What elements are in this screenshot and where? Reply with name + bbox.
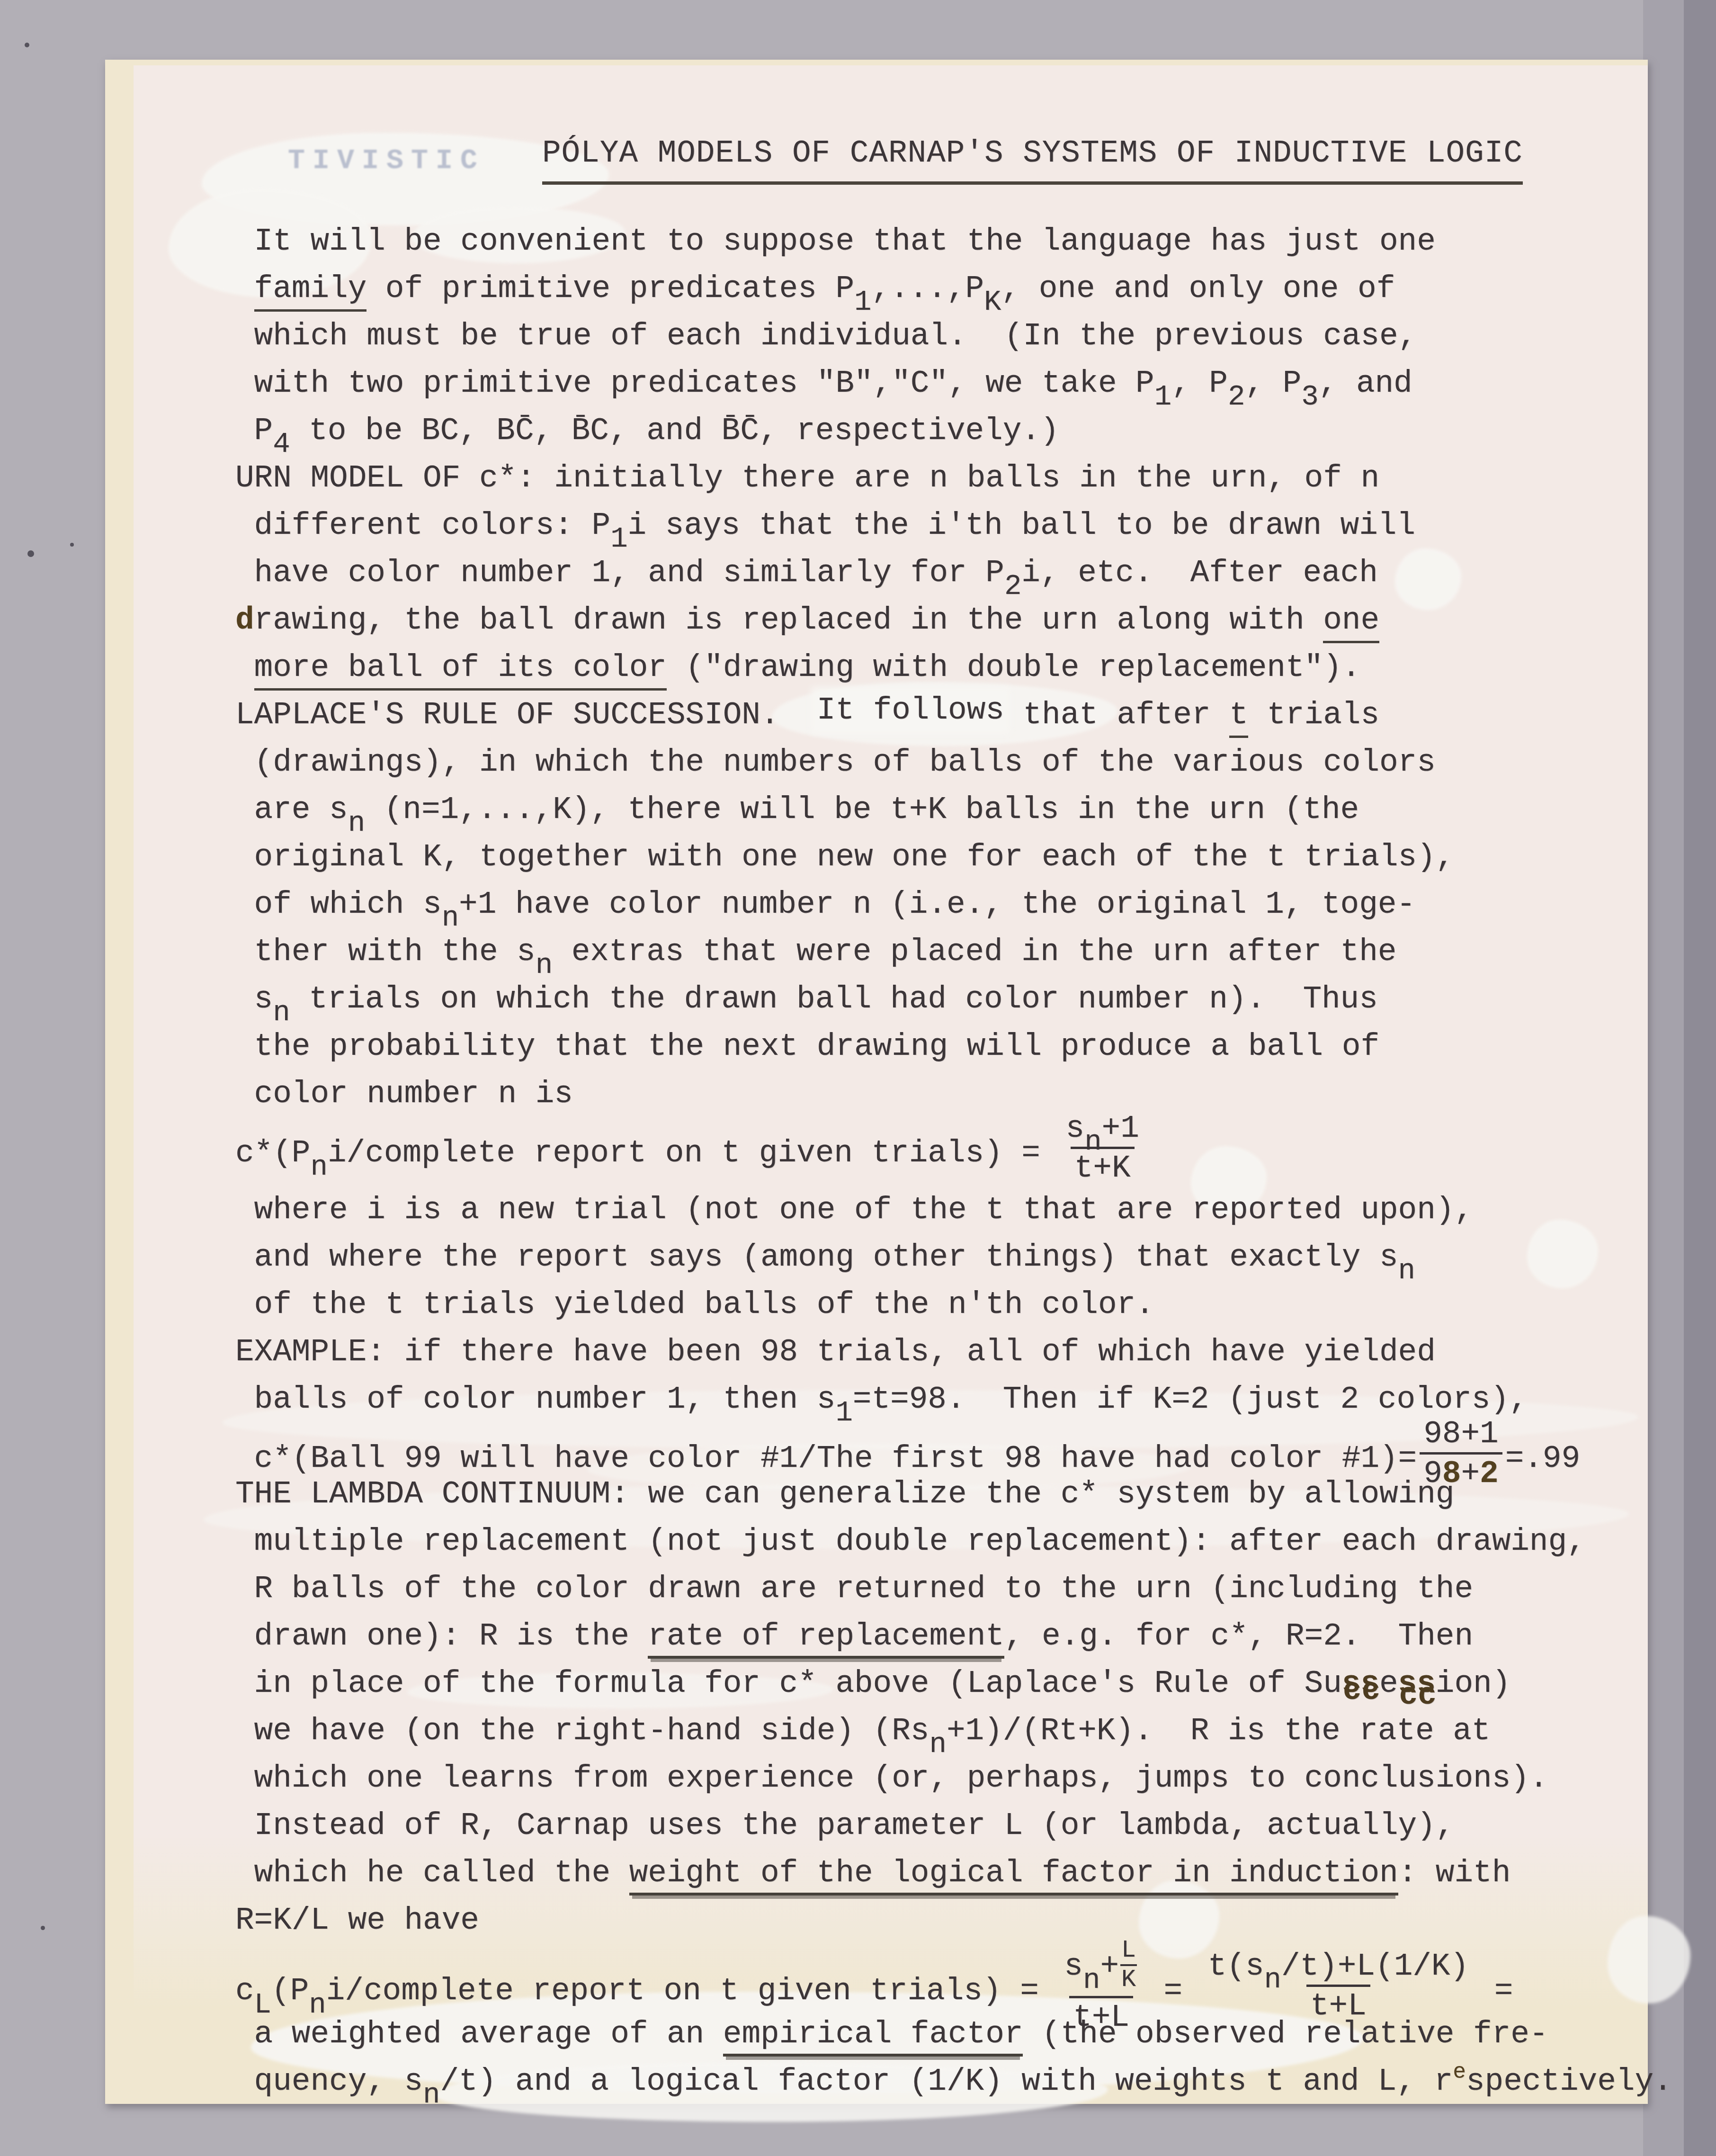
text-line: with two primitive predicates "B","C", w… <box>235 360 1672 407</box>
fraction: sn+1t+K <box>1062 1113 1143 1184</box>
overstrike-correction: sscc <box>1342 1666 1379 1701</box>
text-line: in place of the formula for c* above (La… <box>235 1660 1672 1707</box>
fraction: LK <box>1120 1939 1137 1993</box>
underlined-text: t <box>1229 697 1248 738</box>
overstrike-correction: sscc <box>1398 1666 1436 1701</box>
text-line: URN MODEL OF c*: initially there are n b… <box>235 455 1672 502</box>
text-line: multiple replacement (not just double re… <box>235 1518 1672 1565</box>
scan-speck <box>41 1926 45 1930</box>
text-line: It will be convenient to suppose that th… <box>235 218 1672 265</box>
text-line: more ball of its color ("drawing with do… <box>235 644 1672 692</box>
text-line: the probability that the next drawing wi… <box>235 1023 1672 1070</box>
subscript: n <box>1264 1964 1281 1996</box>
text-line: different colors: P1i says that the i'th… <box>235 502 1672 549</box>
text-line: Instead of R, Carnap uses the parameter … <box>235 1802 1672 1850</box>
fraction-numerator: L <box>1120 1939 1137 1964</box>
fraction-denominator: t+L <box>1069 1996 1133 2033</box>
underlined-text: family <box>254 271 367 312</box>
underlined-text: one <box>1323 602 1379 643</box>
scan-speck <box>27 550 34 557</box>
text-line: drawing, the ball drawn is replaced in t… <box>235 597 1672 644</box>
fraction-denominator: t+K <box>1071 1147 1135 1184</box>
fraction-denominator: K <box>1120 1964 1137 1992</box>
subscript: 2 <box>1228 381 1245 413</box>
page-title: PÓLYA MODELS OF CARNAP'S SYSTEMS OF INDU… <box>542 135 1523 185</box>
text-line: drawn one): R is the rate of replacement… <box>235 1613 1672 1660</box>
text-line: of which sn+1 have color number n (i.e.,… <box>235 881 1672 928</box>
subscript: n <box>310 1151 327 1184</box>
scan-speck <box>70 543 74 547</box>
fraction-numerator: sn+LK <box>1060 1940 1142 1996</box>
text-line: original K, together with one new one fo… <box>235 834 1672 881</box>
handwritten-ink-correction: 2 <box>1480 1456 1499 1491</box>
text-line: P4 to be BC, BC̄, B̄C, and B̄C̄, respect… <box>235 407 1672 455</box>
text-line: R=K/L we have <box>235 1897 1672 1944</box>
retyped-over-whiteout: It follows <box>817 692 1004 728</box>
text-line: we have (on the right-hand side) (Rsn+1)… <box>235 1707 1672 1755</box>
fraction-numerator: t(sn/t)+L(1/K) <box>1204 1951 1473 1985</box>
scan-speck <box>25 43 29 47</box>
text-line: ther with the sn extras that were placed… <box>235 928 1672 976</box>
fraction: sn+LKt+L <box>1060 1940 1142 2033</box>
text-line: and where the report says (among other t… <box>235 1234 1672 1281</box>
handwritten-ink-correction: 8 <box>1442 1456 1461 1491</box>
subscript: n <box>423 2079 440 2111</box>
subscript: n <box>1083 1964 1100 1997</box>
handwritten-ink-correction: d <box>235 602 254 638</box>
text-line: are sn (n=1,...,K), there will be t+K ba… <box>235 786 1672 834</box>
double-underlined-text: weight of the logical factor in inductio… <box>629 1855 1398 1895</box>
document-body: PÓLYA MODELS OF CARNAP'S SYSTEMS OF INDU… <box>235 127 1672 2105</box>
text-line: (drawings), in which the numbers of ball… <box>235 739 1672 786</box>
double-underlined-text: rate of replacement <box>648 1618 1004 1659</box>
text-line: sn trials on which the drawn ball had co… <box>235 976 1672 1023</box>
underlined-text: more ball of its color <box>254 650 667 691</box>
text-line: have color number 1, and similarly for P… <box>235 549 1672 597</box>
subscript: 3 <box>1301 381 1318 413</box>
text-line: quency, sn/t) and a logical factor (1/K)… <box>235 2058 1672 2105</box>
fraction: 98+198+2 <box>1420 1419 1502 1490</box>
text-line: LAPLACE'S RULE OF SUCCESSION. It follows… <box>235 692 1672 739</box>
subscript: n <box>1398 1255 1415 1287</box>
subscript: 1 <box>1154 381 1171 413</box>
text-line: which must be true of each individual. (… <box>235 313 1672 360</box>
text-line: which he called the weight of the logica… <box>235 1850 1672 1897</box>
text-line: c*(Ball 99 will have color #1/The first … <box>235 1423 1672 1471</box>
title-line: PÓLYA MODELS OF CARNAP'S SYSTEMS OF INDU… <box>235 127 1672 218</box>
text-line: color number n is <box>235 1070 1672 1118</box>
text-line: c*(Pni/complete report on t given trials… <box>235 1118 1672 1186</box>
text-line: family of primitive predicates P1,...,PK… <box>235 265 1672 313</box>
fraction-denominator: t+L <box>1306 1985 1370 2022</box>
fraction: t(sn/t)+L(1/K)t+L <box>1204 1951 1473 2022</box>
fraction-numerator: sn+1 <box>1062 1113 1143 1147</box>
scanner-edge-band <box>1684 0 1716 2156</box>
fraction-numerator: 98+1 <box>1420 1419 1502 1452</box>
text-line: cL(Pni/complete report on t given trials… <box>235 1944 1672 2011</box>
scanned-typewritten-page: { "document": { "title": "PÓLYA MODELS O… <box>0 0 1716 2156</box>
inserted-letter-correction: e <box>1453 2060 1466 2084</box>
text-line: EXAMPLE: if there have been 98 trials, a… <box>235 1329 1672 1376</box>
text-line: of the t trials yielded balls of the n't… <box>235 1281 1672 1329</box>
double-underlined-text: empirical factor <box>723 2016 1023 2057</box>
text-line: R balls of the color drawn are returned … <box>235 1565 1672 1613</box>
fraction-denominator: 98+2 <box>1420 1452 1502 1490</box>
text-line: which one learns from experience (or, pe… <box>235 1755 1672 1802</box>
text-line: where i is a new trial (not one of the t… <box>235 1186 1672 1234</box>
